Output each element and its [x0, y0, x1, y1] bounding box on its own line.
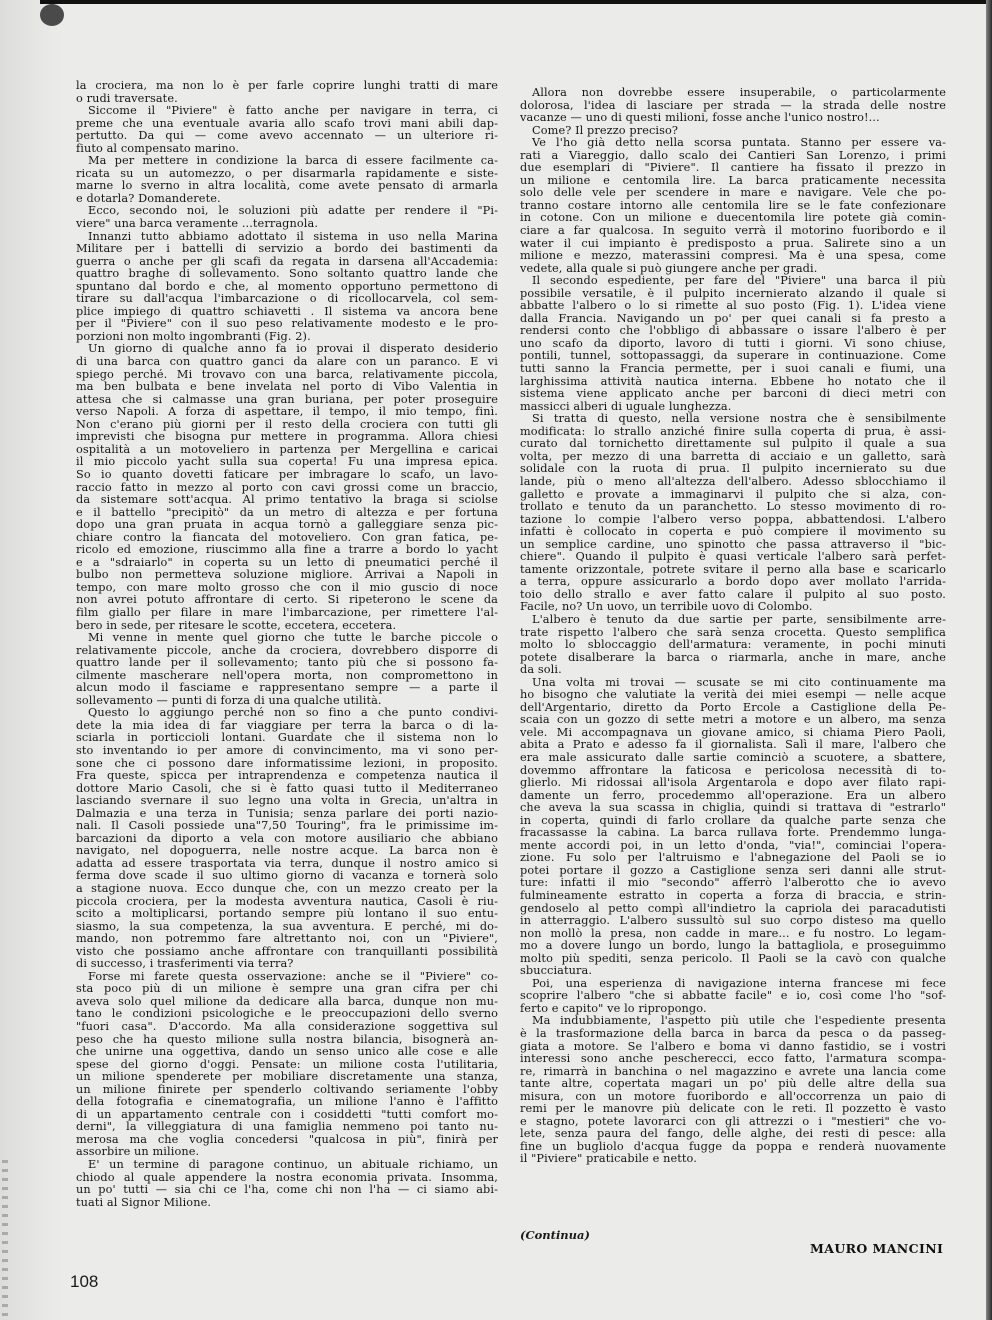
text-line: infatti è collocato in coperta e può com…: [520, 526, 946, 539]
text-line: L'albero è tenuto da due sartie per part…: [520, 614, 946, 627]
text-line: solo delle vele per scendere in mare e n…: [520, 187, 946, 200]
text-line: sistema viene applicato anche per barcon…: [520, 388, 946, 401]
article-column-right: Allora non dovrebbe essere insuperabile,…: [520, 87, 946, 1166]
text-line: Poi, una esperienza di navigazione inter…: [520, 978, 946, 991]
text-line: tante altre, copertata magari un po' più…: [520, 1078, 946, 1091]
text-line: potete disalberare la barca o riarmarla,…: [520, 652, 946, 665]
text-line: porzioni non molto ingombranti (Fig. 2).: [76, 331, 498, 344]
text-line: scaia con un gozzo di sette metri a moto…: [520, 714, 946, 727]
text-line: navigato, nel dopoguerra, nelle nostre a…: [76, 845, 498, 858]
text-line: verso Napoli. A forza di aspettare, il t…: [76, 406, 498, 419]
text-line: da sistemare sott'acqua. Al primo tentat…: [76, 494, 498, 507]
text-line: possibile versatile, è il pulpito incern…: [520, 288, 946, 301]
text-line: non avrei potuto affrontare di certo. Si…: [76, 594, 498, 607]
continued-note: (Continua): [520, 1228, 590, 1242]
text-line: fine un bugliolo d'acqua fugge da poppa …: [520, 1141, 946, 1154]
text-line: damente un ferro, procedemmo all'operazi…: [520, 790, 946, 803]
text-line: in atterraggio. L'albero sussultò sul su…: [520, 915, 946, 928]
text-line: dovemmo affrontare la faticosa e pericol…: [520, 765, 946, 778]
text-line: bulbo non permetteva soluzione migliore.…: [76, 569, 498, 582]
text-line: fracassasse la cabina. La barca rullava …: [520, 827, 946, 840]
text-line: fulmineamente estratto in coperta a forz…: [520, 890, 946, 903]
text-line: milione e mezzo, materassini compresi. M…: [520, 250, 946, 263]
text-line: spese del giorno d'oggi. Pensate: un mil…: [76, 1059, 498, 1072]
text-line: tazione lo compie l'albero verso poppa, …: [520, 514, 946, 527]
text-line: sto inventando io per amore di convincim…: [76, 745, 498, 758]
text-line: cilmente mascherare nell'opera morta, no…: [76, 670, 498, 683]
text-line: scito a moltiplicarsi, portando sempre p…: [76, 908, 498, 921]
top-border: [40, 0, 992, 4]
text-line: Ma per mettere in condizione la barca di…: [76, 155, 498, 168]
text-line: Un giorno di qualche anno fa io provai i…: [76, 343, 498, 356]
text-line: guerra o anche per gli scafi da regata i…: [76, 256, 498, 269]
text-line: potei portare il gozzo a Castiglione sen…: [520, 865, 946, 878]
text-line: due esemplari di "Piviere". Il cantiere …: [520, 162, 946, 175]
text-line: So io quanto dovetti faticare per imbrag…: [76, 469, 498, 482]
text-line: ospitalità a un motoveliero in partenza …: [76, 444, 498, 457]
text-line: "fuori casa". D'accordo. Ma alla conside…: [76, 1021, 498, 1034]
text-line: derni", la villeggiatura di una famiglia…: [76, 1121, 498, 1134]
text-line: ture: infatti il mio "secondo" afferrò l…: [520, 877, 946, 890]
text-line: e stagno, potete lavorarci con gli attre…: [520, 1116, 946, 1129]
text-line: spiego perché. Mi trovavo con una barca,…: [76, 369, 498, 382]
article-column-left: la crociera, ma non lo è per farle copri…: [76, 80, 498, 1209]
text-line: sta poco più di un milione è sempre una …: [76, 983, 498, 996]
text-line: ciare a far qualcosa. In seguito verrà i…: [520, 225, 946, 238]
text-line: tano le condizioni psicologiche e le pre…: [76, 1008, 498, 1021]
text-line: tempo, con mare molto grosso che con il …: [76, 582, 498, 595]
text-line: larghissima attività nautica interna. Eb…: [520, 376, 946, 389]
text-line: Come? Il prezzo preciso?: [520, 125, 946, 138]
text-line: mente accordi poi, in un letto d'onda, "…: [520, 840, 946, 853]
text-line: Militare per i battelli di servizio a bo…: [76, 243, 498, 256]
text-line: tranno costare intorno alle centomila li…: [520, 200, 946, 213]
text-line: rati a Viareggio, dallo scalo dei Cantie…: [520, 150, 946, 163]
text-line: water il cui impianto è predisposto a pr…: [520, 238, 946, 251]
text-line: preme che una eventuale avaria allo scaf…: [76, 118, 498, 131]
text-line: ma ben bulbata e bene invelata nel porto…: [76, 381, 498, 394]
text-line: di successo, i trasferimenti via terra?: [76, 958, 498, 971]
text-line: era male assicurato dalle sartie cominci…: [520, 752, 946, 765]
page-shadow: [0, 0, 60, 1320]
text-line: vedete, alla quale si può giungere anche…: [520, 263, 946, 276]
text-line: Mi venne in mente quel giorno che tutte …: [76, 632, 498, 645]
text-line: un milione e centomila lire. La barca pr…: [520, 175, 946, 188]
text-line: film giallo per filare in mare l'imbarca…: [76, 607, 498, 620]
text-line: che unirne una oggettiva, dando un senso…: [76, 1046, 498, 1059]
text-line: E' un termine di paragone continuo, un a…: [76, 1159, 498, 1172]
text-line: ricata su un automezzo, o per disarmarla…: [76, 168, 498, 181]
text-line: un milione finirete per spenderlo coltiv…: [76, 1084, 498, 1097]
text-line: dete la mia idea di far viaggiare per te…: [76, 720, 498, 733]
text-line: tutti sanno la Francia permette, per i s…: [520, 363, 946, 376]
text-line: dopo una gran pruata in acqua tornò a ga…: [76, 519, 498, 532]
text-line: uno scafo da diporto, lavoro di tutti i …: [520, 338, 946, 351]
text-line: trate rispetto l'albero che sarà senza c…: [520, 627, 946, 640]
text-line: attesa che si calmasse una gran buriana,…: [76, 394, 498, 407]
text-line: visto che possiamo anche affrontare con …: [76, 946, 498, 959]
text-line: non mollò la presa, non cadde in mare...…: [520, 928, 946, 941]
text-line: sone che ci possono dare informatissime …: [76, 758, 498, 771]
text-line: abbatte l'albero o lo si rimette al suo …: [520, 300, 946, 313]
text-line: Ma indubbiamente, l'aspetto più utile ch…: [520, 1015, 946, 1028]
text-line: un semplice cardine, uno spinotto che pa…: [520, 539, 946, 552]
text-line: plice impiego di quattro schiavetti . Il…: [76, 306, 498, 319]
text-line: tuati al Signor Milione.: [76, 1197, 498, 1210]
text-line: imprevisti che bisogna pur mettere in pr…: [76, 431, 498, 444]
text-line: la crociera, ma non lo è per farle copri…: [76, 80, 498, 93]
text-line: glierlo. Mi ridossai all'isola Argentaro…: [520, 777, 946, 790]
text-line: pertutto. Da qui — come avevo accennato …: [76, 130, 498, 143]
text-line: abita a Prato e adesso fa il giornalista…: [520, 739, 946, 752]
page-number: 108: [70, 1272, 98, 1292]
text-line: misura, con un motore fuoribordo e all'o…: [520, 1091, 946, 1104]
text-line: relativamente piccole, anche da crociera…: [76, 645, 498, 658]
text-line: ferto e capito" ve lo ripropongo.: [520, 1003, 946, 1016]
text-line: a terra, oppure assicurarlo a bordo dopo…: [520, 576, 946, 589]
text-line: lasciando svernare il suo legno una volt…: [76, 795, 498, 808]
text-line: pontili, tunnel, sottopassaggi, da super…: [520, 350, 946, 363]
text-line: sollevamento — punti di forza di una qua…: [76, 695, 498, 708]
text-line: il mio piccolo yacht sulla sua coperta! …: [76, 456, 498, 469]
magazine-page: la crociera, ma non lo è per farle copri…: [0, 0, 992, 1320]
text-line: Il secondo espediente, per fare del "Piv…: [520, 275, 946, 288]
text-line: rendersi conto che l'obbligo di abbassar…: [520, 325, 946, 338]
text-line: che aveva la sua scassa in chiglia, quin…: [520, 802, 946, 815]
text-line: galletto e provate a immaginarvi il pulp…: [520, 489, 946, 502]
text-line: chiere". Quando il pulpito è quasi verti…: [520, 551, 946, 564]
text-line: mo a dovere lungo un bordo, lungo la bat…: [520, 940, 946, 953]
text-line: Dalmazia e una terza in Tunisia; senza p…: [76, 808, 498, 821]
text-line: interessi sono anche pescherecci, ecco f…: [520, 1053, 946, 1066]
text-line: volta, per mezzo di una barretta di acci…: [520, 451, 946, 464]
text-line: della fotografia e cinematografia, un mi…: [76, 1096, 498, 1109]
text-line: e a "sdraiarlo" in coperta su un letto d…: [76, 557, 498, 570]
text-line: Ecco, secondo noi, le soluzioni più adat…: [76, 205, 498, 218]
text-line: vacanze — uno di questi milioni, fosse a…: [520, 112, 946, 125]
text-line: Non c'erano più giorni per il resto dell…: [76, 419, 498, 432]
text-line: barcazioni da diporto a vela con motore …: [76, 833, 498, 846]
text-line: modificata: lo strallo anziché finire su…: [520, 426, 946, 439]
spine-marks: [2, 1160, 8, 1320]
text-line: zione. Fu solo per l'altruismo e l'abneg…: [520, 852, 946, 865]
text-line: adatta ad essere trasportata via terra, …: [76, 858, 498, 871]
text-line: Siccome il "Piviere" è fatto anche per n…: [76, 105, 498, 118]
text-line: dell'Argentario, diretto da Porto Ercole…: [520, 702, 946, 715]
text-line: scoprire l'albero "che si abbatte facile…: [520, 990, 946, 1003]
text-line: marne lo sverno in altra località, come …: [76, 180, 498, 193]
text-line: quattro braghe di sollevamento. Sono sol…: [76, 268, 498, 281]
text-line: in coperta, quindi di farlo crollare da …: [520, 815, 946, 828]
text-line: Ve l'ho già detto nella scorsa puntata. …: [520, 137, 946, 150]
text-line: toio dello strallo e aver fatto calare i…: [520, 589, 946, 602]
author-byline: MAURO MANCINI: [810, 1241, 943, 1256]
text-line: gendoselo al petto compì all'indietro la…: [520, 903, 946, 916]
text-line: per il "Piviere" con il suo peso relativ…: [76, 318, 498, 331]
text-line: è la trasformazione della barca in barca…: [520, 1028, 946, 1041]
text-line: spuntano dal bordo e che, al momento opp…: [76, 281, 498, 294]
text-line: molto lo sbloccaggio dell'armatura: vera…: [520, 639, 946, 652]
text-line: e dotarla? Domanderete.: [76, 193, 498, 206]
text-line: mando, non potremmo fare altrettanto noi…: [76, 933, 498, 946]
text-line: chiare contro la fiancata del motovelier…: [76, 532, 498, 545]
text-line: sbucciatura.: [520, 965, 946, 978]
text-line: tirare su dall'acqua l'imbarcazione o di…: [76, 293, 498, 306]
text-line: in cotone. Con un milione e duecentomila…: [520, 212, 946, 225]
text-line: da soli.: [520, 664, 946, 677]
text-line: fiuto al compensato marino.: [76, 143, 498, 156]
text-line: o rudi traversate.: [76, 93, 498, 106]
text-line: e il battello "precipitò" da un metro di…: [76, 507, 498, 520]
text-line: viere" una barca veramente ...terragnola…: [76, 218, 498, 231]
text-line: Facile, no? Un uovo, un terribile uovo d…: [520, 601, 946, 614]
text-line: quattro lande per il sollevamento; tanto…: [76, 657, 498, 670]
text-line: trollato e tenuto da un paranchetto. Lo …: [520, 501, 946, 514]
text-line: re, rimarrà in banchina o nel magazzino …: [520, 1066, 946, 1079]
text-line: molto più spediti, senza pericolo. Il Pa…: [520, 953, 946, 966]
text-line: aveva solo quel milione da dedicare alla…: [76, 996, 498, 1009]
text-line: merosa ma che voglia concedersi "qualcos…: [76, 1134, 498, 1147]
binder-hole: [40, 4, 64, 26]
text-line: di una barca con quattro ganci da alare …: [76, 356, 498, 369]
text-line: lande, più o meno all'altezza dell'alber…: [520, 476, 946, 489]
text-line: massicci alberi di uguale lunghezza.: [520, 401, 946, 414]
text-line: giata a motore. Se l'albero e boma vi da…: [520, 1041, 946, 1054]
text-line: Fra queste, spicca per intraprendenza e …: [76, 770, 498, 783]
text-line: di un appartamento centrale con i cosidd…: [76, 1109, 498, 1122]
text-line: dalla Francia. Navigando un po' per quei…: [520, 313, 946, 326]
text-line: raccio fatto in mezzo al porto con cavi …: [76, 482, 498, 495]
text-line: sciarla in porticcioli lontani. Guardate…: [76, 732, 498, 745]
text-line: Forse mi farete questa osservazione: anc…: [76, 971, 498, 984]
text-line: Si tratta di questo, nella versione nost…: [520, 413, 946, 426]
text-line: ricolo ed emozione, riuscimmo alla fine …: [76, 544, 498, 557]
text-line: solidale con la ruota di prua. Il pulpit…: [520, 463, 946, 476]
text-line: siasmo, la sua competenza, la sua avvent…: [76, 921, 498, 934]
text-line: piccola crociera, per la modesta avventu…: [76, 896, 498, 909]
text-line: a stagione nuova. Ecco dunque che, con u…: [76, 883, 498, 896]
text-line: assorbire un milione.: [76, 1146, 498, 1159]
text-line: Innanzi tutto abbiamo adottato il sistem…: [76, 231, 498, 244]
text-line: tamente orizzontale, potrete svitare il …: [520, 564, 946, 577]
text-line: dottore Mario Casoli, che si è fatto qua…: [76, 783, 498, 796]
text-line: dolorosa, l'idea di lasciare per strada …: [520, 100, 946, 113]
text-line: Allora non dovrebbe essere insuperabile,…: [520, 87, 946, 100]
right-border: [986, 0, 992, 1320]
text-line: ferma dove scade il suo ultimo giorno di…: [76, 870, 498, 883]
text-line: curato dal tornichetto direttamente sul …: [520, 438, 946, 451]
text-line: il "Piviere" praticabile e netto.: [520, 1153, 946, 1166]
text-line: peso che ha questo milione sulla nostra …: [76, 1034, 498, 1047]
text-line: lete, senza paura del fango, delle alghe…: [520, 1128, 946, 1141]
text-line: ho bisogno che valutiate la verità dei m…: [520, 689, 946, 702]
text-line: alcun modo il fasciame e rappresentano s…: [76, 682, 498, 695]
text-line: bero in sede, per ritesare le scotte, ec…: [76, 620, 498, 633]
text-line: un milione spenderete per mobiliare disc…: [76, 1071, 498, 1084]
text-line: nali. Il Casoli possiede una"7,50 Tourin…: [76, 820, 498, 833]
text-line: Questo lo aggiungo perché non so fino a …: [76, 707, 498, 720]
text-line: vele. Mi accompagnava un giovane amico, …: [520, 727, 946, 740]
text-line: Una volta mi trovai — scusate se mi cito…: [520, 677, 946, 690]
text-line: chiodo al quale appendere la nostra econ…: [76, 1172, 498, 1185]
text-line: un po' tutti — sia chi ce l'ha, come chi…: [76, 1184, 498, 1197]
text-line: remi per le manovre più delicate con le …: [520, 1103, 946, 1116]
